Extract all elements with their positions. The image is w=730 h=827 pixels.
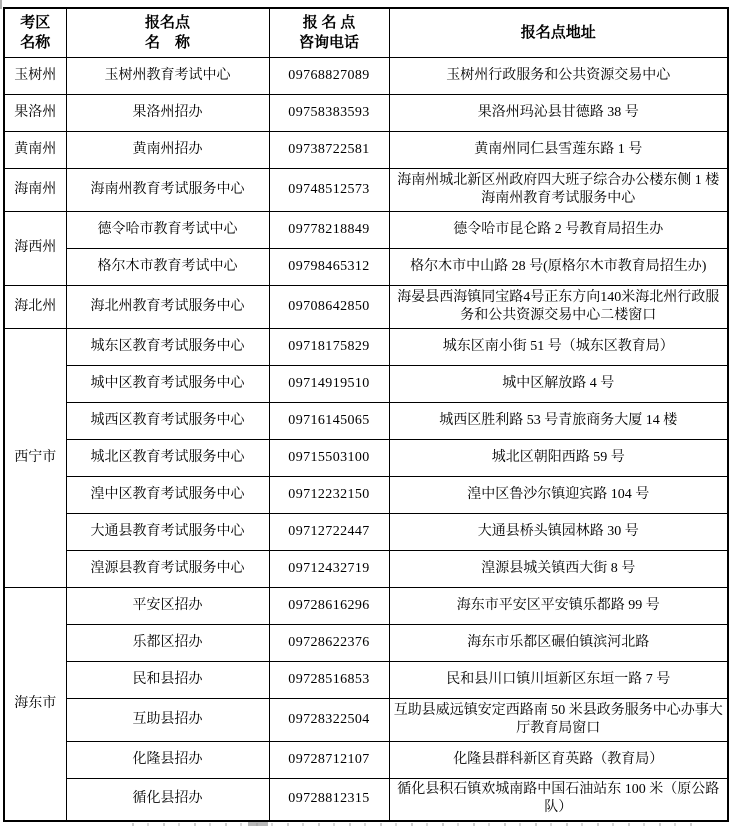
site-name-cell: 循化县招办 [66,778,269,821]
site-name-cell: 果洛州招办 [66,94,269,131]
phone-cell: 09728622376 [269,624,389,661]
address-cell: 海晏县西海镇同宝路4号正东方向140米海北州行政服务和公共资源交易中心二楼窗口 [389,285,728,328]
table-row: 循化县招办 09728812315 循化县积石镇欢城南路中国石油站东 100 米… [4,778,728,821]
phone-cell: 09708642850 [269,285,389,328]
phone-cell: 09728712107 [269,741,389,778]
table-row: 西宁市 城东区教育考试服务中心 09718175829 城东区南小街 51 号（… [4,328,728,365]
region-cell: 果洛州 [4,94,66,131]
address-cell: 互助县威远镇安定西路南 50 米县政务服务中心办事大厅教育局窗口 [389,698,728,741]
phone-cell: 09778218849 [269,211,389,248]
phone-cell: 09748512573 [269,168,389,211]
phone-cell: 09712432719 [269,550,389,587]
phone-cell: 09728322504 [269,698,389,741]
screen-edge-artifact [0,0,2,9]
site-name-cell: 德令哈市教育考试中心 [66,211,269,248]
site-name-cell: 城东区教育考试服务中心 [66,328,269,365]
table-row: 城西区教育考试服务中心 09716145065 城西区胜利路 53 号青旅商务大… [4,402,728,439]
phone-cell: 09798465312 [269,248,389,285]
table-row: 玉树州 玉树州教育考试中心 09768827089 玉树州行政服务和公共资源交易… [4,57,728,94]
table-row: 海南州 海南州教育考试服务中心 09748512573 海南州城北新区州政府四大… [4,168,728,211]
table-row: 化隆县招办 09728712107 化隆县群科新区育英路（教育局） [4,741,728,778]
address-cell: 大通县桥头镇园林路 30 号 [389,513,728,550]
address-cell: 化隆县群科新区育英路（教育局） [389,741,728,778]
address-cell: 格尔木市中山路 28 号(原格尔木市教育局招生办) [389,248,728,285]
phone-cell: 09715503100 [269,439,389,476]
site-name-cell: 城中区教育考试服务中心 [66,365,269,402]
address-cell: 循化县积石镇欢城南路中国石油站东 100 米（原公路队） [389,778,728,821]
address-cell: 海南州城北新区州政府四大班子综合办公楼东侧 1 楼海南州教育考试服务中心 [389,168,728,211]
site-name-cell: 乐都区招办 [66,624,269,661]
header-site-name: 报名点 名 称 [66,8,269,57]
region-cell: 玉树州 [4,57,66,94]
site-name-cell: 城北区教育考试服务中心 [66,439,269,476]
header-site-name-line2: 名 称 [71,33,265,53]
phone-cell: 09738722581 [269,131,389,168]
region-cell: 海西州 [4,211,66,285]
address-cell: 德令哈市昆仑路 2 号教育局招生办 [389,211,728,248]
header-site-phone-line2: 咨询电话 [274,33,385,53]
address-cell: 海东市乐都区碾伯镇滨河北路 [389,624,728,661]
address-cell: 城西区胜利路 53 号青旅商务大厦 14 楼 [389,402,728,439]
region-cell: 海北州 [4,285,66,328]
table-row: 城北区教育考试服务中心 09715503100 城北区朝阳西路 59 号 [4,439,728,476]
region-cell: 黄南州 [4,131,66,168]
phone-cell: 09728616296 [269,587,389,624]
phone-cell: 09714919510 [269,365,389,402]
address-cell: 城中区解放路 4 号 [389,365,728,402]
header-site-name-line1: 报名点 [71,13,265,33]
table-row: 海北州 海北州教育考试服务中心 09708642850 海晏县西海镇同宝路4号正… [4,285,728,328]
table-row: 格尔木市教育考试中心 09798465312 格尔木市中山路 28 号(原格尔木… [4,248,728,285]
header-exam-region: 考区 名称 [4,8,66,57]
region-cell: 西宁市 [4,328,66,587]
table-row: 果洛州 果洛州招办 09758383593 果洛州玛沁县甘德路 38 号 [4,94,728,131]
site-name-cell: 玉树州教育考试中心 [66,57,269,94]
phone-cell: 09712722447 [269,513,389,550]
phone-cell: 09728516853 [269,661,389,698]
table-row: 湟中区教育考试服务中心 09712232150 湟中区鲁沙尔镇迎宾路 104 号 [4,476,728,513]
address-cell: 海东市平安区平安镇乐都路 99 号 [389,587,728,624]
address-cell: 黄南州同仁县雪莲东路 1 号 [389,131,728,168]
region-cell: 海南州 [4,168,66,211]
site-name-cell: 大通县教育考试服务中心 [66,513,269,550]
cutoff-next-row-artifact [132,823,698,826]
table-row: 海西州 德令哈市教育考试中心 09778218849 德令哈市昆仑路 2 号教育… [4,211,728,248]
header-row: 考区 名称 报名点 名 称 报 名 点 咨询电话 报名点地址 [4,8,728,57]
cutoff-next-row-artifact-dark [248,822,268,826]
phone-cell: 09716145065 [269,402,389,439]
table-row: 乐都区招办 09728622376 海东市乐都区碾伯镇滨河北路 [4,624,728,661]
site-name-cell: 平安区招办 [66,587,269,624]
site-name-cell: 化隆县招办 [66,741,269,778]
phone-cell: 09758383593 [269,94,389,131]
table-row: 互助县招办 09728322504 互助县威远镇安定西路南 50 米县政务服务中… [4,698,728,741]
site-name-cell: 黄南州招办 [66,131,269,168]
site-name-cell: 互助县招办 [66,698,269,741]
table-row: 海东市 平安区招办 09728616296 海东市平安区平安镇乐都路 99 号 [4,587,728,624]
header-site-address: 报名点地址 [389,8,728,57]
header-exam-region-line2: 名称 [9,33,62,53]
region-cell: 海东市 [4,587,66,821]
header-exam-region-line1: 考区 [9,13,62,33]
address-cell: 湟源县城关镇西大街 8 号 [389,550,728,587]
site-name-cell: 海南州教育考试服务中心 [66,168,269,211]
phone-cell: 09728812315 [269,778,389,821]
site-name-cell: 湟中区教育考试服务中心 [66,476,269,513]
table-row: 民和县招办 09728516853 民和县川口镇川垣新区东垣一路 7 号 [4,661,728,698]
address-cell: 城东区南小街 51 号（城东区教育局） [389,328,728,365]
registration-points-table: 考区 名称 报名点 名 称 报 名 点 咨询电话 报名点地址 玉树州 玉树州教育… [3,7,729,822]
phone-cell: 09768827089 [269,57,389,94]
table-row: 湟源县教育考试服务中心 09712432719 湟源县城关镇西大街 8 号 [4,550,728,587]
table-row: 城中区教育考试服务中心 09714919510 城中区解放路 4 号 [4,365,728,402]
header-site-phone: 报 名 点 咨询电话 [269,8,389,57]
site-name-cell: 格尔木市教育考试中心 [66,248,269,285]
address-cell: 玉树州行政服务和公共资源交易中心 [389,57,728,94]
address-cell: 湟中区鲁沙尔镇迎宾路 104 号 [389,476,728,513]
site-name-cell: 城西区教育考试服务中心 [66,402,269,439]
phone-cell: 09712232150 [269,476,389,513]
phone-cell: 09718175829 [269,328,389,365]
address-cell: 民和县川口镇川垣新区东垣一路 7 号 [389,661,728,698]
site-name-cell: 湟源县教育考试服务中心 [66,550,269,587]
table-row: 黄南州 黄南州招办 09738722581 黄南州同仁县雪莲东路 1 号 [4,131,728,168]
site-name-cell: 海北州教育考试服务中心 [66,285,269,328]
address-cell: 果洛州玛沁县甘德路 38 号 [389,94,728,131]
table-row: 大通县教育考试服务中心 09712722447 大通县桥头镇园林路 30 号 [4,513,728,550]
header-site-phone-line1: 报 名 点 [274,13,385,33]
site-name-cell: 民和县招办 [66,661,269,698]
address-cell: 城北区朝阳西路 59 号 [389,439,728,476]
